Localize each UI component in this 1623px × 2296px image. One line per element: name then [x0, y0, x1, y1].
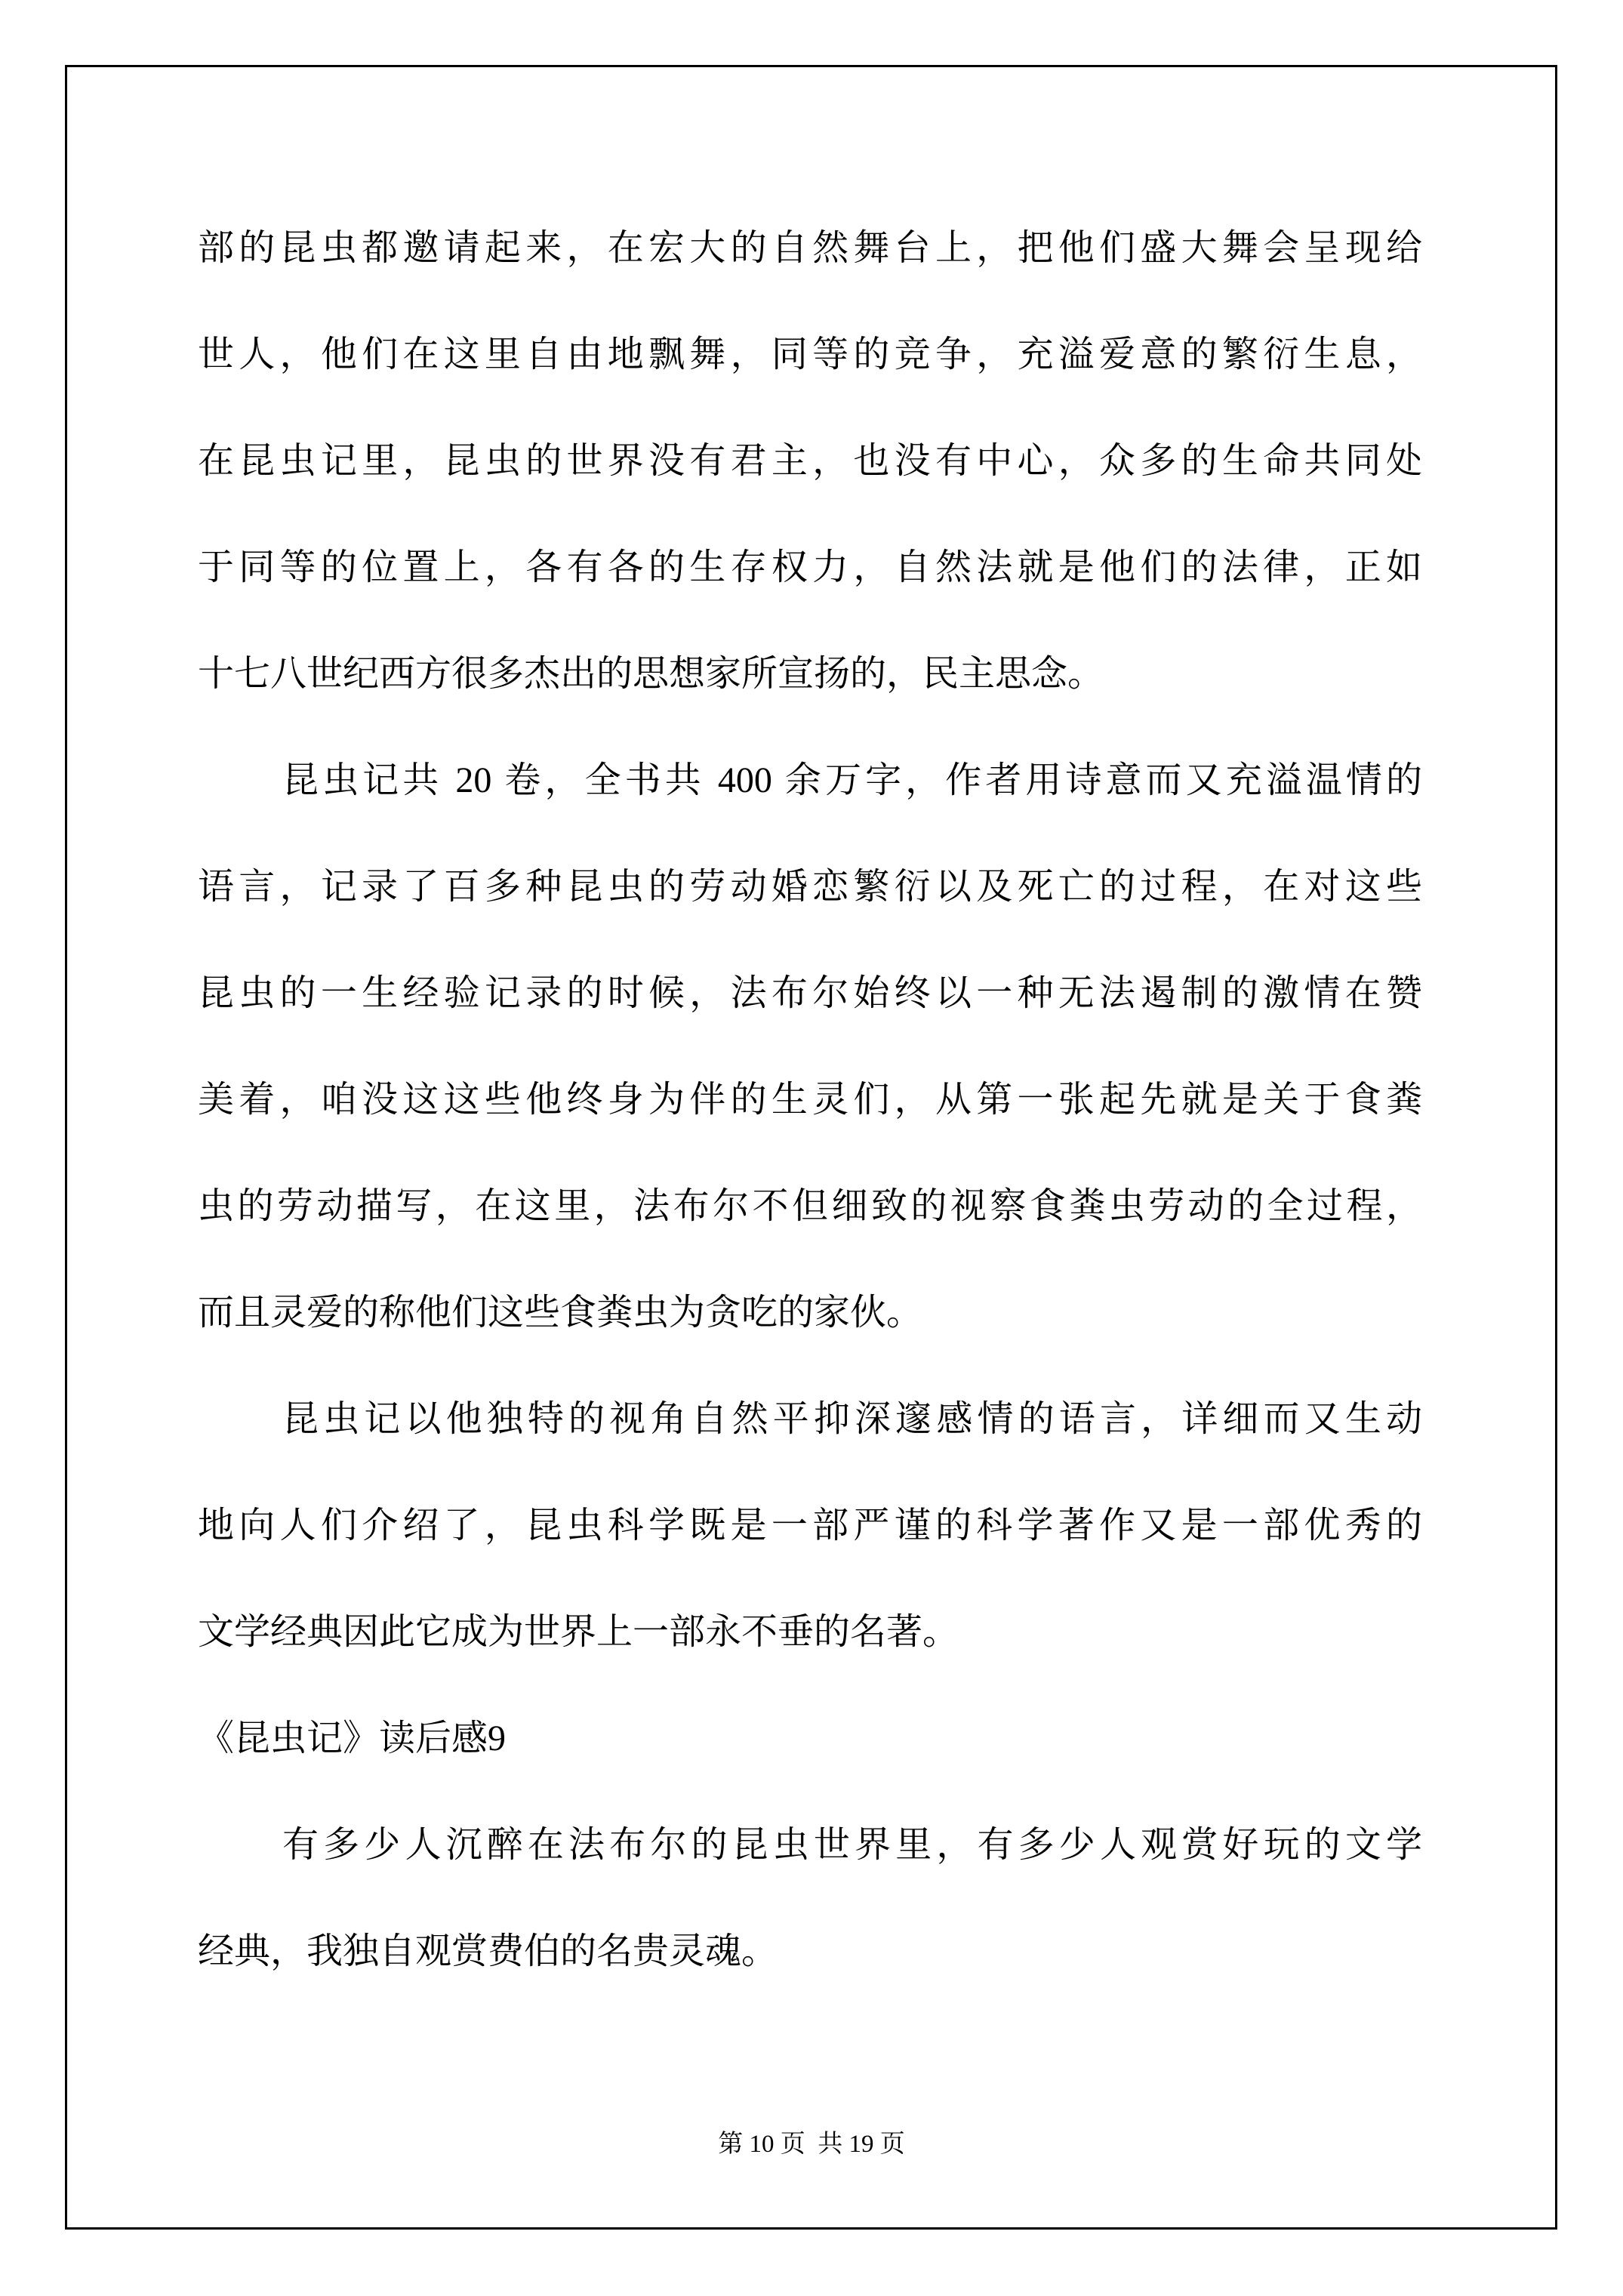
page-number-footer: 第 10 页 共 19 页: [0, 2129, 1623, 2159]
body-line: 十七八世纪西方很多杰出的思想家所宣扬的，民主思念。: [198, 621, 1422, 727]
body-line: 经典，我独自观赏费伯的名贵灵魂。: [198, 1898, 1422, 2005]
body-line: 美着，咱没这这些他终身为伴的生灵们，从第一张起先就是关于食粪: [198, 1046, 1422, 1153]
body-line: 地向人们介绍了，昆虫科学既是一部严谨的科学著作又是一部优秀的: [198, 1472, 1422, 1579]
body-line: 而且灵爱的称他们这些食粪虫为贪吃的家伙。: [198, 1259, 1422, 1366]
body-line: 世人，他们在这里自由地飘舞，同等的竞争，充溢爱意的繁衍生息，: [198, 301, 1422, 408]
body-line: 于同等的位置上，各有各的生存权力，自然法就是他们的法律，正如: [198, 514, 1422, 621]
body-line: 虫的劳动描写，在这里，法布尔不但细致的视察食粪虫劳动的全过程，: [198, 1153, 1422, 1259]
document-body: 部的昆虫都邀请起来，在宏大的自然舞台上，把他们盛大舞会呈现给 世人，他们在这里自…: [198, 195, 1422, 2005]
body-line: 语言，记录了百多种昆虫的劳动婚恋繁衍以及死亡的过程，在对这些: [198, 834, 1422, 940]
body-line: 昆虫记共 20 卷，全书共 400 余万字，作者用诗意而又充溢温情的: [198, 727, 1422, 834]
body-line: 文学经典因此它成为世界上一部永不垂的名著。: [198, 1579, 1422, 1685]
body-line: 在昆虫记里，昆虫的世界没有君主，也没有中心，众多的生命共同处: [198, 408, 1422, 514]
body-line: 昆虫的一生经验记录的时候，法布尔始终以一种无法遏制的激情在赞: [198, 940, 1422, 1046]
body-line: 昆虫记以他独特的视角自然平抑深邃感情的语言，详细而又生动: [198, 1366, 1422, 1472]
section-heading-line: 《昆虫记》读后感9: [198, 1685, 1422, 1792]
body-line: 部的昆虫都邀请起来，在宏大的自然舞台上，把他们盛大舞会呈现给: [198, 195, 1422, 301]
body-line: 有多少人沉醉在法布尔的昆虫世界里，有多少人观赏好玩的文学: [198, 1792, 1422, 1898]
document-page: 部的昆虫都邀请起来，在宏大的自然舞台上，把他们盛大舞会呈现给 世人，他们在这里自…: [0, 0, 1623, 2296]
